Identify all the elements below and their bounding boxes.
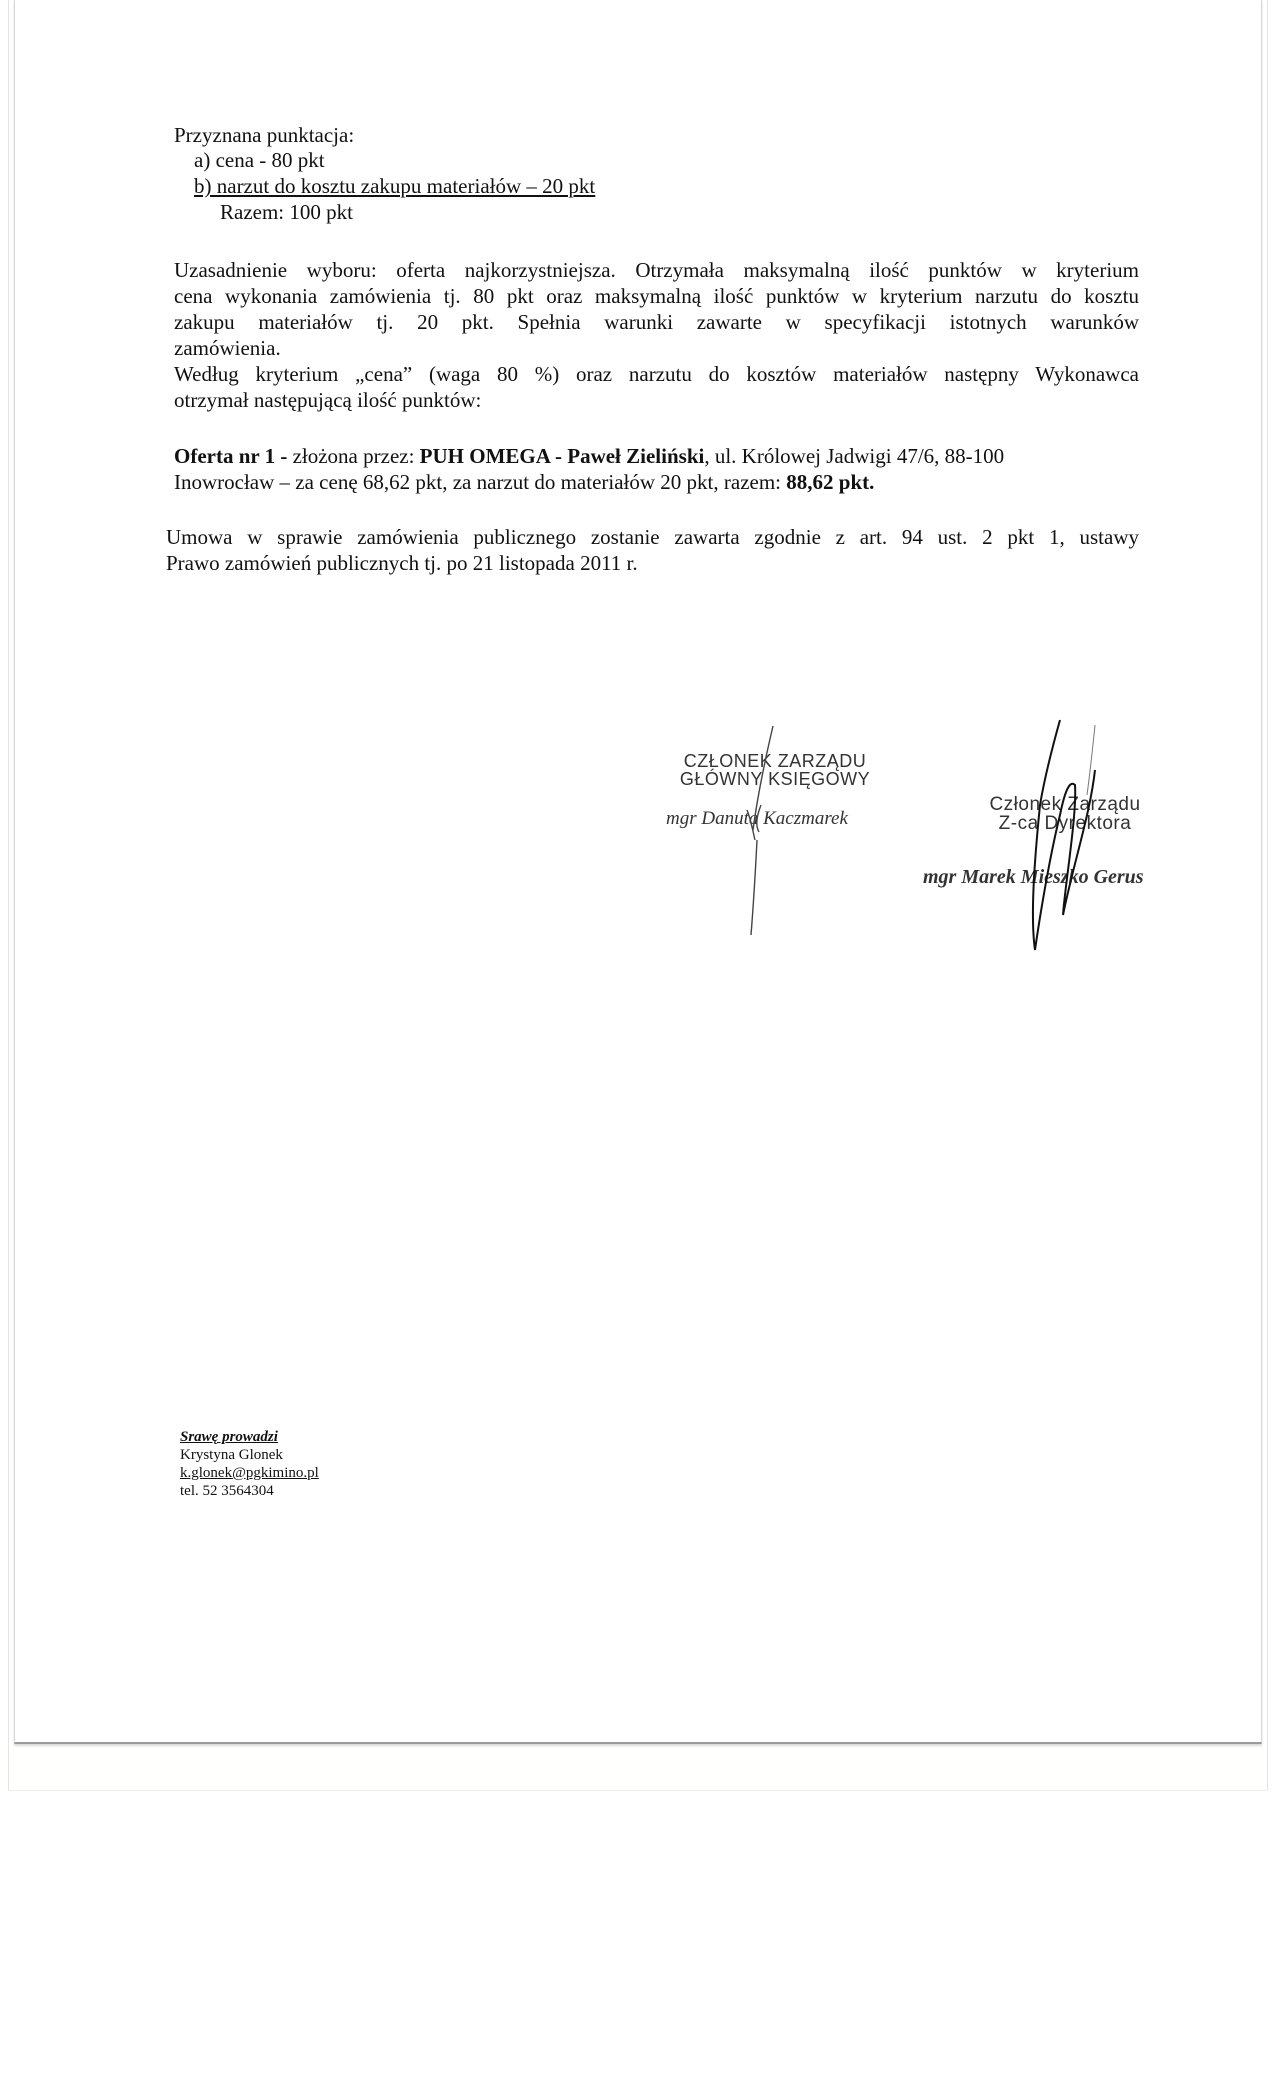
offer-submitted-by: złożona przez: (287, 444, 419, 468)
offer-address: , ul. Królowej Jadwigi 47/6, 88-100 (704, 444, 1004, 468)
stamp-left-line-1: CZŁONEK ZARZĄDU (655, 752, 895, 770)
scoring-heading: Przyznana punktacja: (174, 122, 354, 148)
footer-contact: Srawę prowadzi Krystyna Glonek k.glonek@… (180, 1428, 319, 1500)
contract-line-2: Prawo zamówień publicznych tj. po 21 lis… (166, 550, 638, 576)
offer-total: 88,62 pkt. (786, 470, 874, 494)
scoring-item-markup-text: b) narzut do kosztu zakupu materiałów – … (194, 174, 595, 198)
footer-email[interactable]: k.glonek@pgkimino.pl (180, 1464, 319, 1482)
criteria-line-2: otrzymał następującą ilość punktów: (174, 387, 481, 413)
stamp-right-line-1: Członek Zarządu (950, 795, 1180, 814)
offer-scores: Inowrocław – za cenę 68,62 pkt, za narzu… (174, 470, 786, 494)
offer-line-1: Oferta nr 1 - złożona przez: PUH OMEGA -… (174, 443, 1004, 469)
stamp-left-name: mgr Danuta Kaczmarek (666, 808, 848, 830)
contract-line-1: Umowa w sprawie zamówienia publicznego z… (166, 524, 1139, 550)
scoring-total: Razem: 100 pkt (220, 199, 353, 225)
justification-line-2: cena wykonania zamówienia tj. 80 pkt ora… (174, 283, 1139, 309)
criteria-line-1: Według kryterium „cena” (waga 80 %) oraz… (174, 361, 1139, 387)
signature-right-icon (1015, 715, 1125, 960)
stamp-left: CZŁONEK ZARZĄDU GŁÓWNY KSIĘGOWY (655, 752, 895, 788)
justification-line-3: zakupu materiałów tj. 20 pkt. Spełnia wa… (174, 309, 1139, 335)
stamp-right-line-2: Z-ca Dyrektora (950, 814, 1180, 833)
scoring-item-price: a) cena - 80 pkt (194, 147, 325, 173)
footer-label: Srawę prowadzi (180, 1428, 319, 1446)
stamp-left-line-2: GŁÓWNY KSIĘGOWY (655, 770, 895, 788)
justification-line-1: Uzasadnienie wyboru: oferta najkorzystni… (174, 257, 1139, 283)
offer-label: Oferta nr 1 - (174, 444, 287, 468)
footer-person: Krystyna Glonek (180, 1446, 319, 1464)
stamp-right: Członek Zarządu Z-ca Dyrektora (950, 795, 1180, 833)
footer-phone: tel. 52 3564304 (180, 1482, 319, 1500)
offer-line-2: Inowrocław – za cenę 68,62 pkt, za narzu… (174, 469, 874, 495)
document-page: Przyznana punktacja: a) cena - 80 pkt b)… (14, 0, 1262, 1744)
justification-line-4: zamówienia. (174, 335, 281, 361)
scoring-item-markup: b) narzut do kosztu zakupu materiałów – … (174, 173, 595, 199)
stamp-right-name: mgr Marek Mieszko Gerus (923, 866, 1144, 889)
offer-company: PUH OMEGA - Paweł Zieliński (420, 444, 705, 468)
